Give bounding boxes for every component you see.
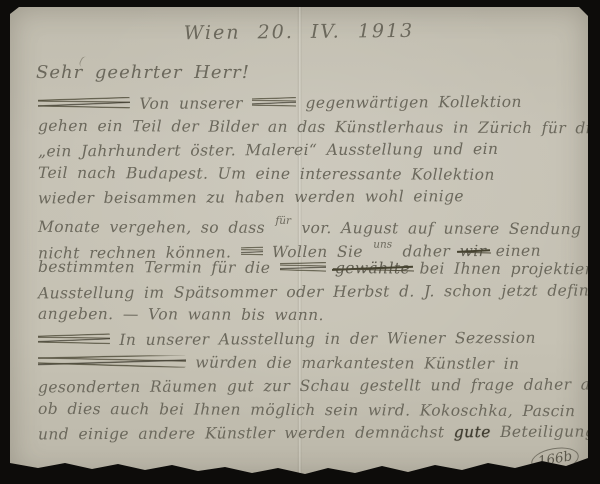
handwritten-line: wieder beisammen zu haben werden wohl ei… [38, 185, 568, 211]
handwritten-line: Monate vergehen, so dass für vor. August… [38, 209, 568, 235]
handwriting-text: Ausstellung im Spätsommer oder Herbst d.… [38, 281, 600, 302]
handwritten-line: Ausstellung im Spätsommer oder Herbst d.… [38, 279, 568, 305]
letter-paper: Wien 20. IV. 1913 Sehr geehrter Herr! Vo… [10, 7, 588, 477]
handwritten-line: angeben. — Von wann bis wann. [38, 303, 568, 329]
handwritten-line: nicht rechnen können. Wollen Sie uns dah… [38, 232, 568, 258]
handwritten-line: In unserer Ausstellung in der Wiener Sez… [38, 327, 568, 353]
date-line: Wien 20. IV. 1913 [10, 18, 588, 46]
handwritten-line: und einige andere Künstler werden demnäc… [38, 421, 568, 447]
struck-word: gewählte [335, 259, 410, 277]
crossed-out-scribble [38, 354, 186, 367]
inserted-word-above-line: uns [373, 238, 392, 250]
letter-body: Von unserer gegenwärtigen Kollektiongehe… [38, 92, 568, 446]
crossed-out-scribble [38, 97, 130, 109]
handwriting-text: wieder beisammen zu haben werden wohl ei… [38, 188, 464, 208]
handwritten-line: würden die markantesten Künstler in [38, 350, 568, 376]
handwritten-line: Teil nach Budapest. Um eine interessante… [38, 162, 568, 188]
salutation: Sehr geehrter Herr! [36, 62, 588, 83]
crossed-out-scribble [241, 245, 263, 257]
handwriting-text: und einige andere Künstler werden demnäc… [38, 424, 445, 444]
handwriting-text: Von unserer [139, 94, 243, 113]
handwriting-text: gesonderten Räumen gut zur Schau gestell… [38, 376, 600, 397]
crossed-out-scribble [38, 333, 110, 345]
handwriting-text: bestimmten Termin für die [38, 258, 270, 277]
handwriting-text: „ein Jahrhundert öster. Malerei“ Ausstel… [38, 140, 498, 160]
handwriting-text: ob dies auch bei Ihnen möglich sein wird… [38, 400, 575, 420]
letter-photograph: Wien 20. IV. 1913 Sehr geehrter Herr! Vo… [0, 0, 600, 484]
handwritten-line: Von unserer gegenwärtigen Kollektion [38, 91, 568, 117]
handwriting-text: einen [496, 241, 541, 259]
handwritten-line: gehen ein Teil der Bilder an das Künstle… [38, 114, 568, 140]
handwritten-line: gesonderten Räumen gut zur Schau gestell… [38, 374, 568, 400]
handwriting-text: Teil nach Budapest. Um eine interessante… [38, 164, 495, 184]
handwritten-line: „ein Jahrhundert öster. Malerei“ Ausstel… [38, 138, 568, 164]
handwritten-line: bestimmten Termin für die gewählte bei I… [38, 256, 568, 282]
overwritten-word: gute [454, 423, 491, 441]
handwriting-text: Beteiligung [500, 423, 595, 441]
handwriting-text: würden die markantesten Künstler in [195, 353, 519, 372]
crossed-out-scribble [252, 96, 296, 108]
handwritten-line: ob dies auch bei Ihnen möglich sein wird… [38, 398, 568, 424]
handwriting-text: In unserer Ausstellung in der Wiener Sez… [119, 329, 536, 349]
crossed-out-scribble [280, 261, 326, 273]
inserted-word-above-line: für [275, 215, 291, 227]
handwriting-text: gehen ein Teil der Bilder an das Künstle… [38, 116, 600, 136]
archive-number-circled: 166b [529, 444, 581, 475]
handwriting-text: angeben. — Von wann bis wann. [38, 305, 324, 324]
handwriting-text: gegenwärtigen Kollektion [305, 93, 521, 112]
handwriting-text: bei Ihnen projektierte [419, 260, 600, 279]
